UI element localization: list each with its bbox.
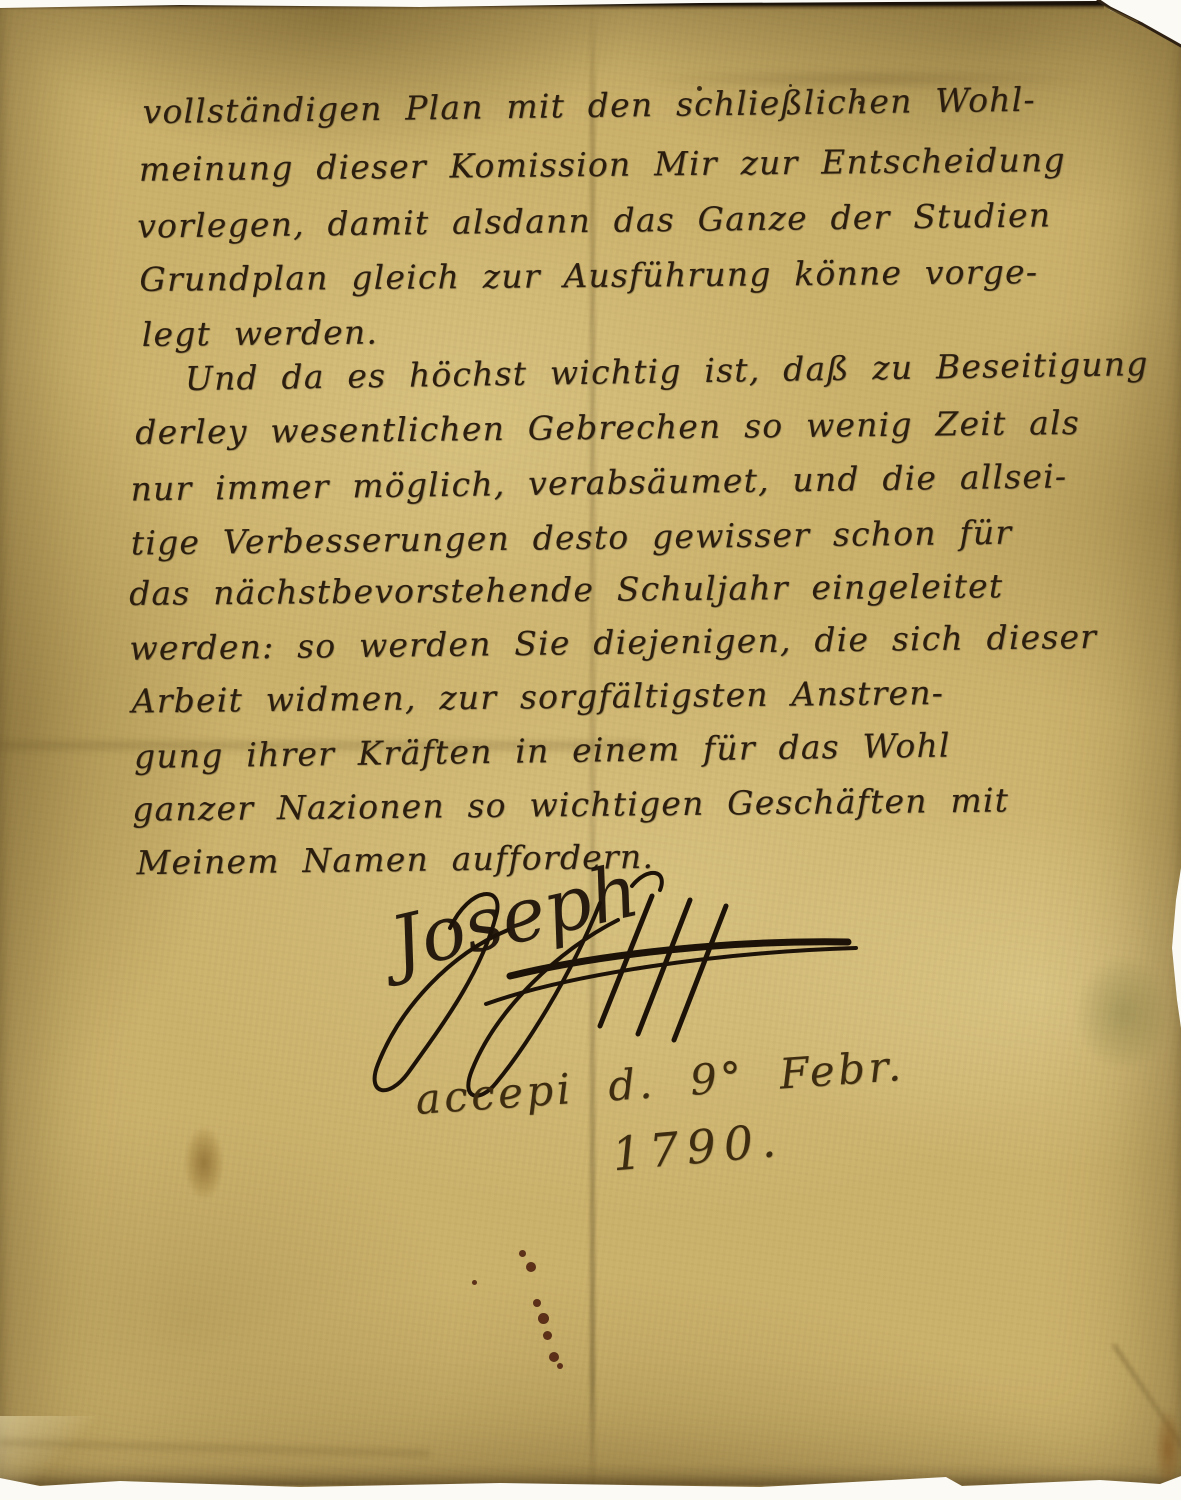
paper-bottom-edge	[0, 1464, 1181, 1486]
manuscript-line: tige Verbesserungen desto gewisser schon…	[131, 513, 1013, 563]
bottom-left-fold	[0, 1416, 95, 1488]
green-smudge-stain	[1076, 956, 1170, 1070]
manuscript-line: werden: so werden Sie diejenigen, die si…	[129, 617, 1097, 668]
paper-top-edge	[0, 0, 1104, 10]
ink-droplet	[557, 1363, 563, 1369]
torn-corner	[1090, 0, 1181, 50]
manuscript-line: ganzer Nazionen so wichtigen Geschäften …	[132, 781, 1009, 829]
ink-droplet	[549, 1352, 559, 1362]
ink-droplet	[472, 1280, 477, 1285]
manuscript-line: nur immer möglich, verabsäumet, und die …	[130, 456, 1067, 508]
brown-stain	[184, 1126, 224, 1200]
scanned-letter: vollständigen Plan mit den schließlichen…	[0, 0, 1181, 1500]
manuscript-line: Grundplan gleich zur Ausführung könne vo…	[139, 252, 1038, 299]
ink-droplet	[526, 1262, 536, 1272]
manuscript-line: Arbeit widmen, zur sorgfältigsten Anstre…	[131, 673, 944, 721]
manuscript-line: gung ihrer Kräften in einem für das Wohl	[134, 726, 951, 776]
manuscript-line: vollständigen Plan mit den schließlichen…	[142, 80, 1036, 131]
ink-droplet	[543, 1331, 552, 1340]
ink-droplet	[519, 1250, 526, 1257]
manuscript-line: das nächstbevorstehende Schuljahr eingel…	[129, 566, 1003, 613]
manuscript-line: legt werden.	[142, 312, 379, 353]
manuscript-line: meinung dieser Komission Mir zur Entsche…	[139, 140, 1066, 189]
manuscript-line: derley wesentlichen Gebrechen so wenig Z…	[135, 403, 1080, 452]
signature-name: Joseph	[370, 858, 647, 990]
receipt-note-line2: 1790.	[610, 1113, 786, 1182]
manuscript-line: vorlegen, damit alsdann das Ganze der St…	[137, 195, 1051, 245]
manuscript-line: Und da es höchst wichtig ist, daß zu Bes…	[185, 344, 1149, 398]
letter-page: vollständigen Plan mit den schließlichen…	[0, 0, 1181, 1500]
ink-droplet	[538, 1313, 549, 1324]
ink-droplet	[533, 1299, 541, 1307]
